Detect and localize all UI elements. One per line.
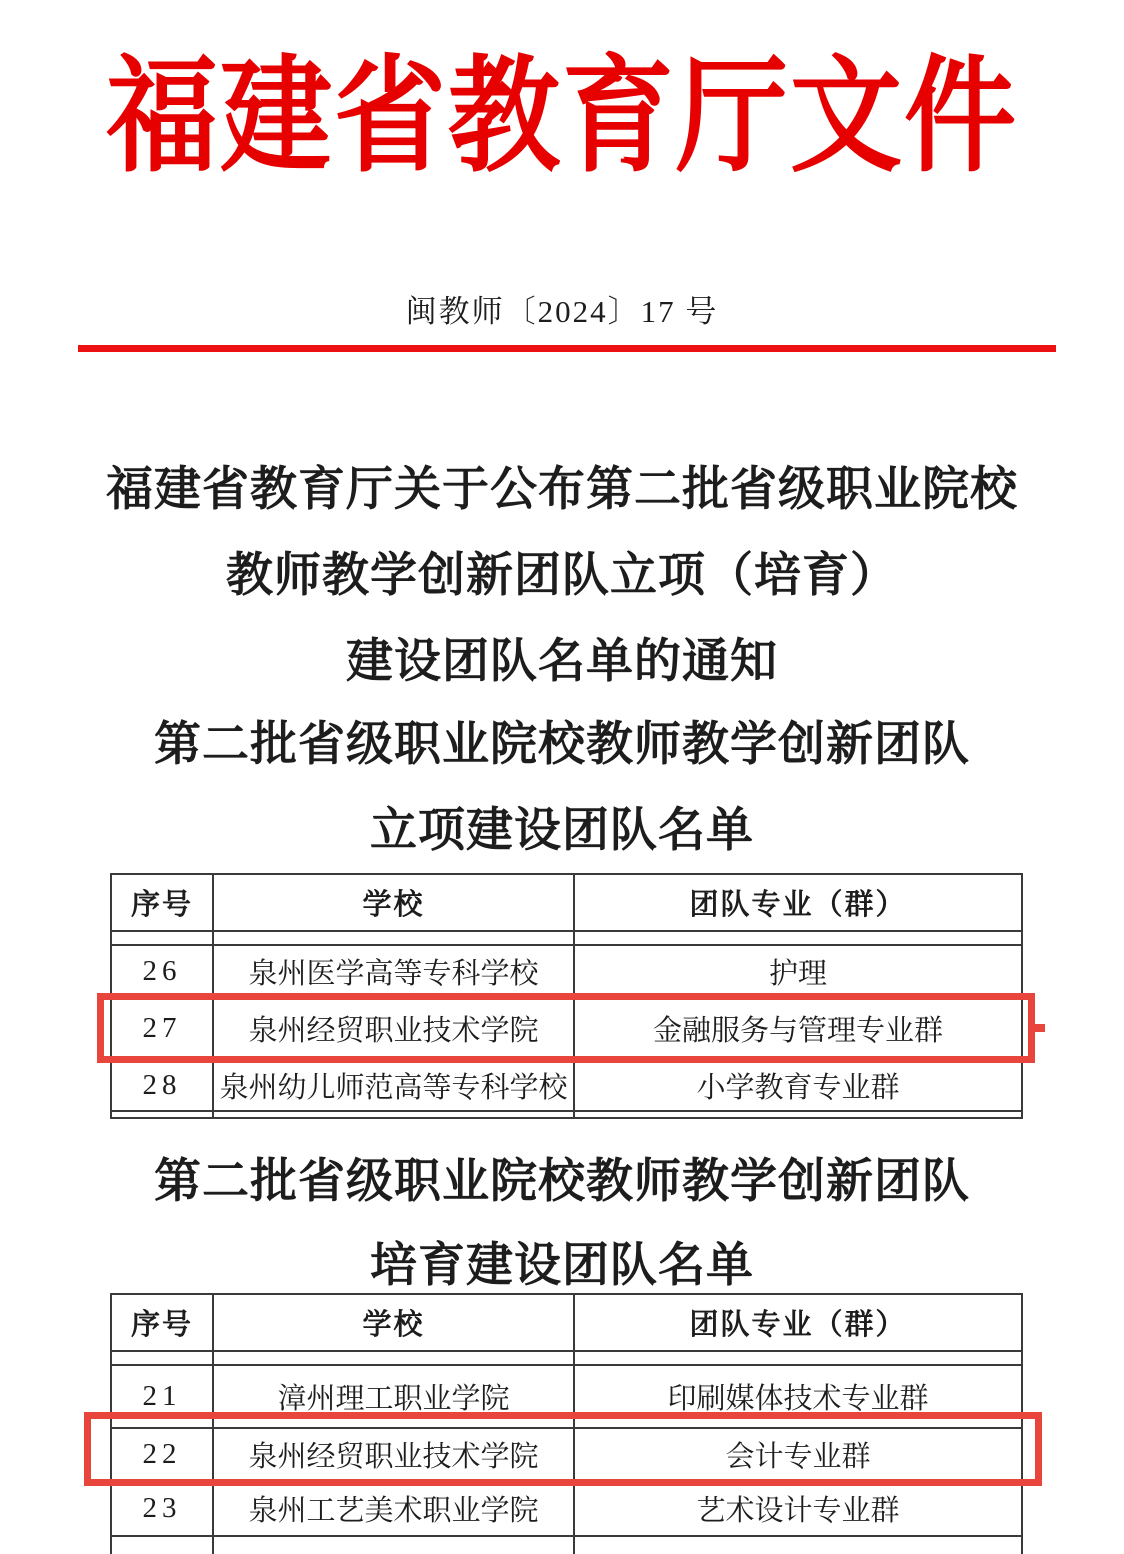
cell-major: 小学教育专业群 xyxy=(574,1059,1022,1111)
col-header-major-group: 团队专业（群） xyxy=(574,874,1022,931)
cell-serial: 23 xyxy=(111,1480,213,1536)
cell-school: 泉州工艺美术职业学院 xyxy=(213,1480,574,1536)
empty-cell xyxy=(213,1111,574,1118)
cell-major: 艺术设计专业群 xyxy=(574,1480,1022,1536)
empty-cell xyxy=(574,1536,1022,1554)
empty-cell xyxy=(574,1111,1022,1118)
document-page: 福建省教育厅文件 闽教师〔2024〕17 号 福建省教育厅关于公布第二批省级职业… xyxy=(0,0,1124,1554)
red-divider-line xyxy=(78,345,1056,352)
col-header-serial: 序号 xyxy=(111,1294,213,1351)
cell-major: 护理 xyxy=(574,945,1022,997)
table-row: 26 泉州医学高等专科学校 护理 xyxy=(111,945,1022,997)
col-header-school: 学校 xyxy=(213,874,574,931)
document-number: 闽教师〔2024〕17 号 xyxy=(0,286,1124,331)
highlight-box-tab xyxy=(1028,1024,1045,1032)
empty-cell xyxy=(574,931,1022,945)
empty-cell xyxy=(111,1536,213,1554)
empty-cell xyxy=(213,931,574,945)
cell-serial: 26 xyxy=(111,945,213,997)
col-header-major-group: 团队专业（群） xyxy=(574,1294,1022,1351)
section1-heading-line-2: 立项建设团队名单 xyxy=(0,788,1124,874)
empty-cell xyxy=(111,1111,213,1118)
col-header-school: 学校 xyxy=(213,1294,574,1351)
notice-title: 福建省教育厅关于公布第二批省级职业院校 教师教学创新团队立项（培育） 建设团队名… xyxy=(0,447,1124,705)
empty-cell xyxy=(574,1351,1022,1365)
section1-heading: 第二批省级职业院校教师教学创新团队 立项建设团队名单 xyxy=(0,702,1124,874)
section2-heading-line-1: 第二批省级职业院校教师教学创新团队 xyxy=(0,1140,1124,1224)
empty-cell xyxy=(213,1351,574,1365)
cell-serial: 28 xyxy=(111,1059,213,1111)
cutoff-partial-row xyxy=(111,1536,1022,1554)
table-header-row: 序号 学校 团队专业（群） xyxy=(111,1294,1022,1351)
notice-title-line-3: 建设团队名单的通知 xyxy=(0,619,1124,705)
table-row: 23 泉州工艺美术职业学院 艺术设计专业群 xyxy=(111,1480,1022,1536)
document-header-title: 福建省教育厅文件 xyxy=(0,16,1124,196)
empty-sliver-row xyxy=(111,1351,1022,1365)
notice-title-line-2: 教师教学创新团队立项（培育） xyxy=(0,533,1124,619)
empty-cell xyxy=(111,1351,213,1365)
highlight-box-row-27 xyxy=(97,993,1035,1063)
empty-sliver-row xyxy=(111,1111,1022,1118)
cell-school: 泉州幼儿师范高等专科学校 xyxy=(213,1059,574,1111)
section2-heading: 第二批省级职业院校教师教学创新团队 培育建设团队名单 xyxy=(0,1140,1124,1308)
cell-school: 泉州医学高等专科学校 xyxy=(213,945,574,997)
table-header-row: 序号 学校 团队专业（群） xyxy=(111,874,1022,931)
col-header-serial: 序号 xyxy=(111,874,213,931)
section1-heading-line-1: 第二批省级职业院校教师教学创新团队 xyxy=(0,702,1124,788)
table-row: 28 泉州幼儿师范高等专科学校 小学教育专业群 xyxy=(111,1059,1022,1111)
highlight-box-row-22 xyxy=(84,1412,1042,1486)
empty-cell xyxy=(213,1536,574,1554)
empty-sliver-row xyxy=(111,931,1022,945)
empty-cell xyxy=(111,931,213,945)
notice-title-line-1: 福建省教育厅关于公布第二批省级职业院校 xyxy=(0,447,1124,533)
